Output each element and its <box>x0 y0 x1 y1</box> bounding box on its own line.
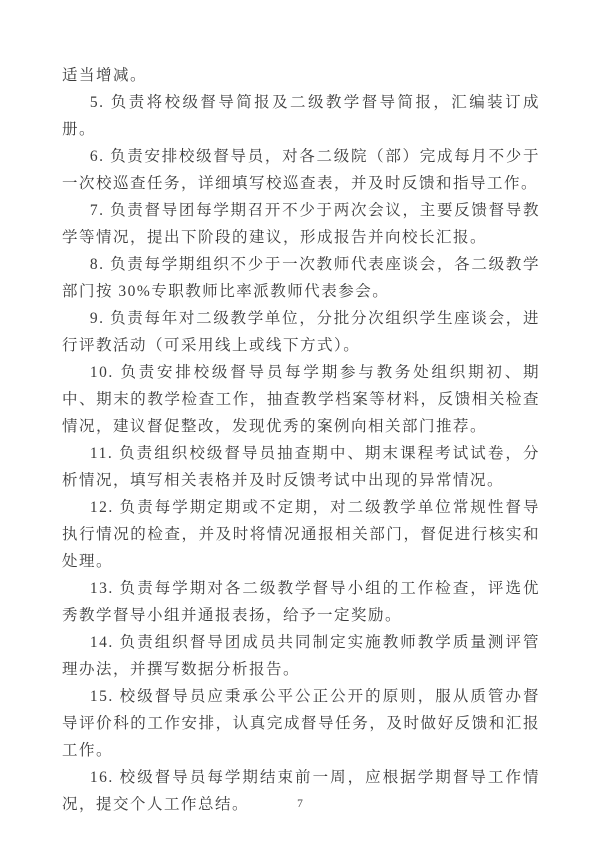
document-page: 适当增减。 5. 负责将校级督导简报及二级教学督导简报，汇编装订成册。 6. 负… <box>0 0 600 848</box>
paragraph-item-15: 15. 校级督导员应秉承公平公正公开的原则，服从质管办督导评价科的工作安排，认真… <box>62 683 540 764</box>
paragraph-item-6: 6. 负责安排校级督导员，对各二级院（部）完成每月不少于一次校巡查任务，详细填写… <box>62 143 540 197</box>
paragraph-item-13: 13. 负责每学期对各二级教学督导小组的工作检查，评选优秀教学督导小组并通报表扬… <box>62 575 540 629</box>
paragraph-item-8: 8. 负责每学期组织不少于一次教师代表座谈会，各二级教学部门按 30%专职教师比… <box>62 251 540 305</box>
document-body: 适当增减。 5. 负责将校级督导简报及二级教学督导简报，汇编装订成册。 6. 负… <box>62 62 540 818</box>
paragraph-item-10: 10. 负责安排校级督导员每学期参与教务处组织期初、期中、期末的教学检查工作，抽… <box>62 359 540 440</box>
paragraph-item-5: 5. 负责将校级督导简报及二级教学督导简报，汇编装订成册。 <box>62 89 540 143</box>
paragraph-item-11: 11. 负责组织校级督导员抽查期中、期末课程考试试卷，分析情况，填写相关表格并及… <box>62 440 540 494</box>
paragraph-continuation: 适当增减。 <box>62 62 540 89</box>
paragraph-item-14: 14. 负责组织督导团成员共同制定实施教师教学质量测评管理办法，并撰写数据分析报… <box>62 629 540 683</box>
paragraph-item-12: 12. 负责每学期定期或不定期，对二级教学单位常规性督导执行情况的检查，并及时将… <box>62 494 540 575</box>
page-number: 7 <box>0 798 600 810</box>
paragraph-item-7: 7. 负责督导团每学期召开不少于两次会议，主要反馈督导教学等情况，提出下阶段的建… <box>62 197 540 251</box>
paragraph-item-9: 9. 负责每年对二级教学单位，分批分次组织学生座谈会，进行评教活动（可采用线上或… <box>62 305 540 359</box>
